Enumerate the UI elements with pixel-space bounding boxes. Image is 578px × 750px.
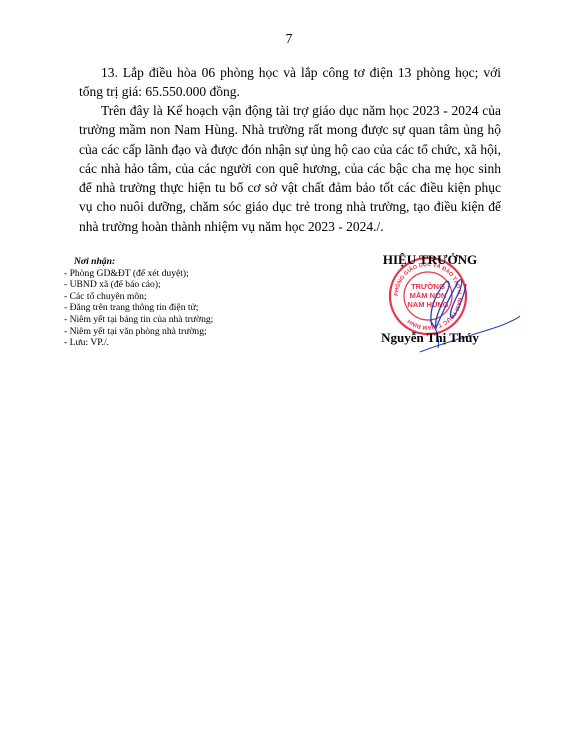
recipient-item: - Niêm yết tại bảng tin của nhà trường; <box>64 314 213 326</box>
recipient-item: - Lưu: VP./. <box>64 337 213 349</box>
recipient-item: - Phòng GD&ĐT (để xét duyệt); <box>64 268 213 280</box>
recipient-item: - Đăng trên trang thông tin điện tử; <box>64 302 213 314</box>
recipient-item: - UBND xã (để báo cáo); <box>64 279 213 291</box>
signature-block: HIỆU TRƯỞNG PHÒNG GIÁO DỤC VÀ ĐÀO TẠO H.… <box>350 248 510 358</box>
recipient-item: - Niêm yết tại văn phòng nhà trường; <box>64 326 213 338</box>
item-13-text: 13. Lắp điều hòa 06 phòng học và lắp côn… <box>79 63 501 102</box>
page-number: 7 <box>0 31 578 47</box>
signer-name: Nguyễn Thị Thúy <box>350 330 510 346</box>
closing-paragraph: Trên đây là Kế hoạch vận động tài trợ gi… <box>79 101 501 236</box>
recipients-title: Nơi nhận: <box>64 256 213 268</box>
recipients-block: Nơi nhận: - Phòng GD&ĐT (để xét duyệt); … <box>64 256 213 349</box>
closing-text: Trên đây là Kế hoạch vận động tài trợ gi… <box>79 101 501 236</box>
recipient-item: - Các tổ chuyên môn; <box>64 291 213 303</box>
signer-title: HIỆU TRƯỞNG <box>350 252 510 268</box>
item-13-paragraph: 13. Lắp điều hòa 06 phòng học và lắp côn… <box>79 63 501 102</box>
